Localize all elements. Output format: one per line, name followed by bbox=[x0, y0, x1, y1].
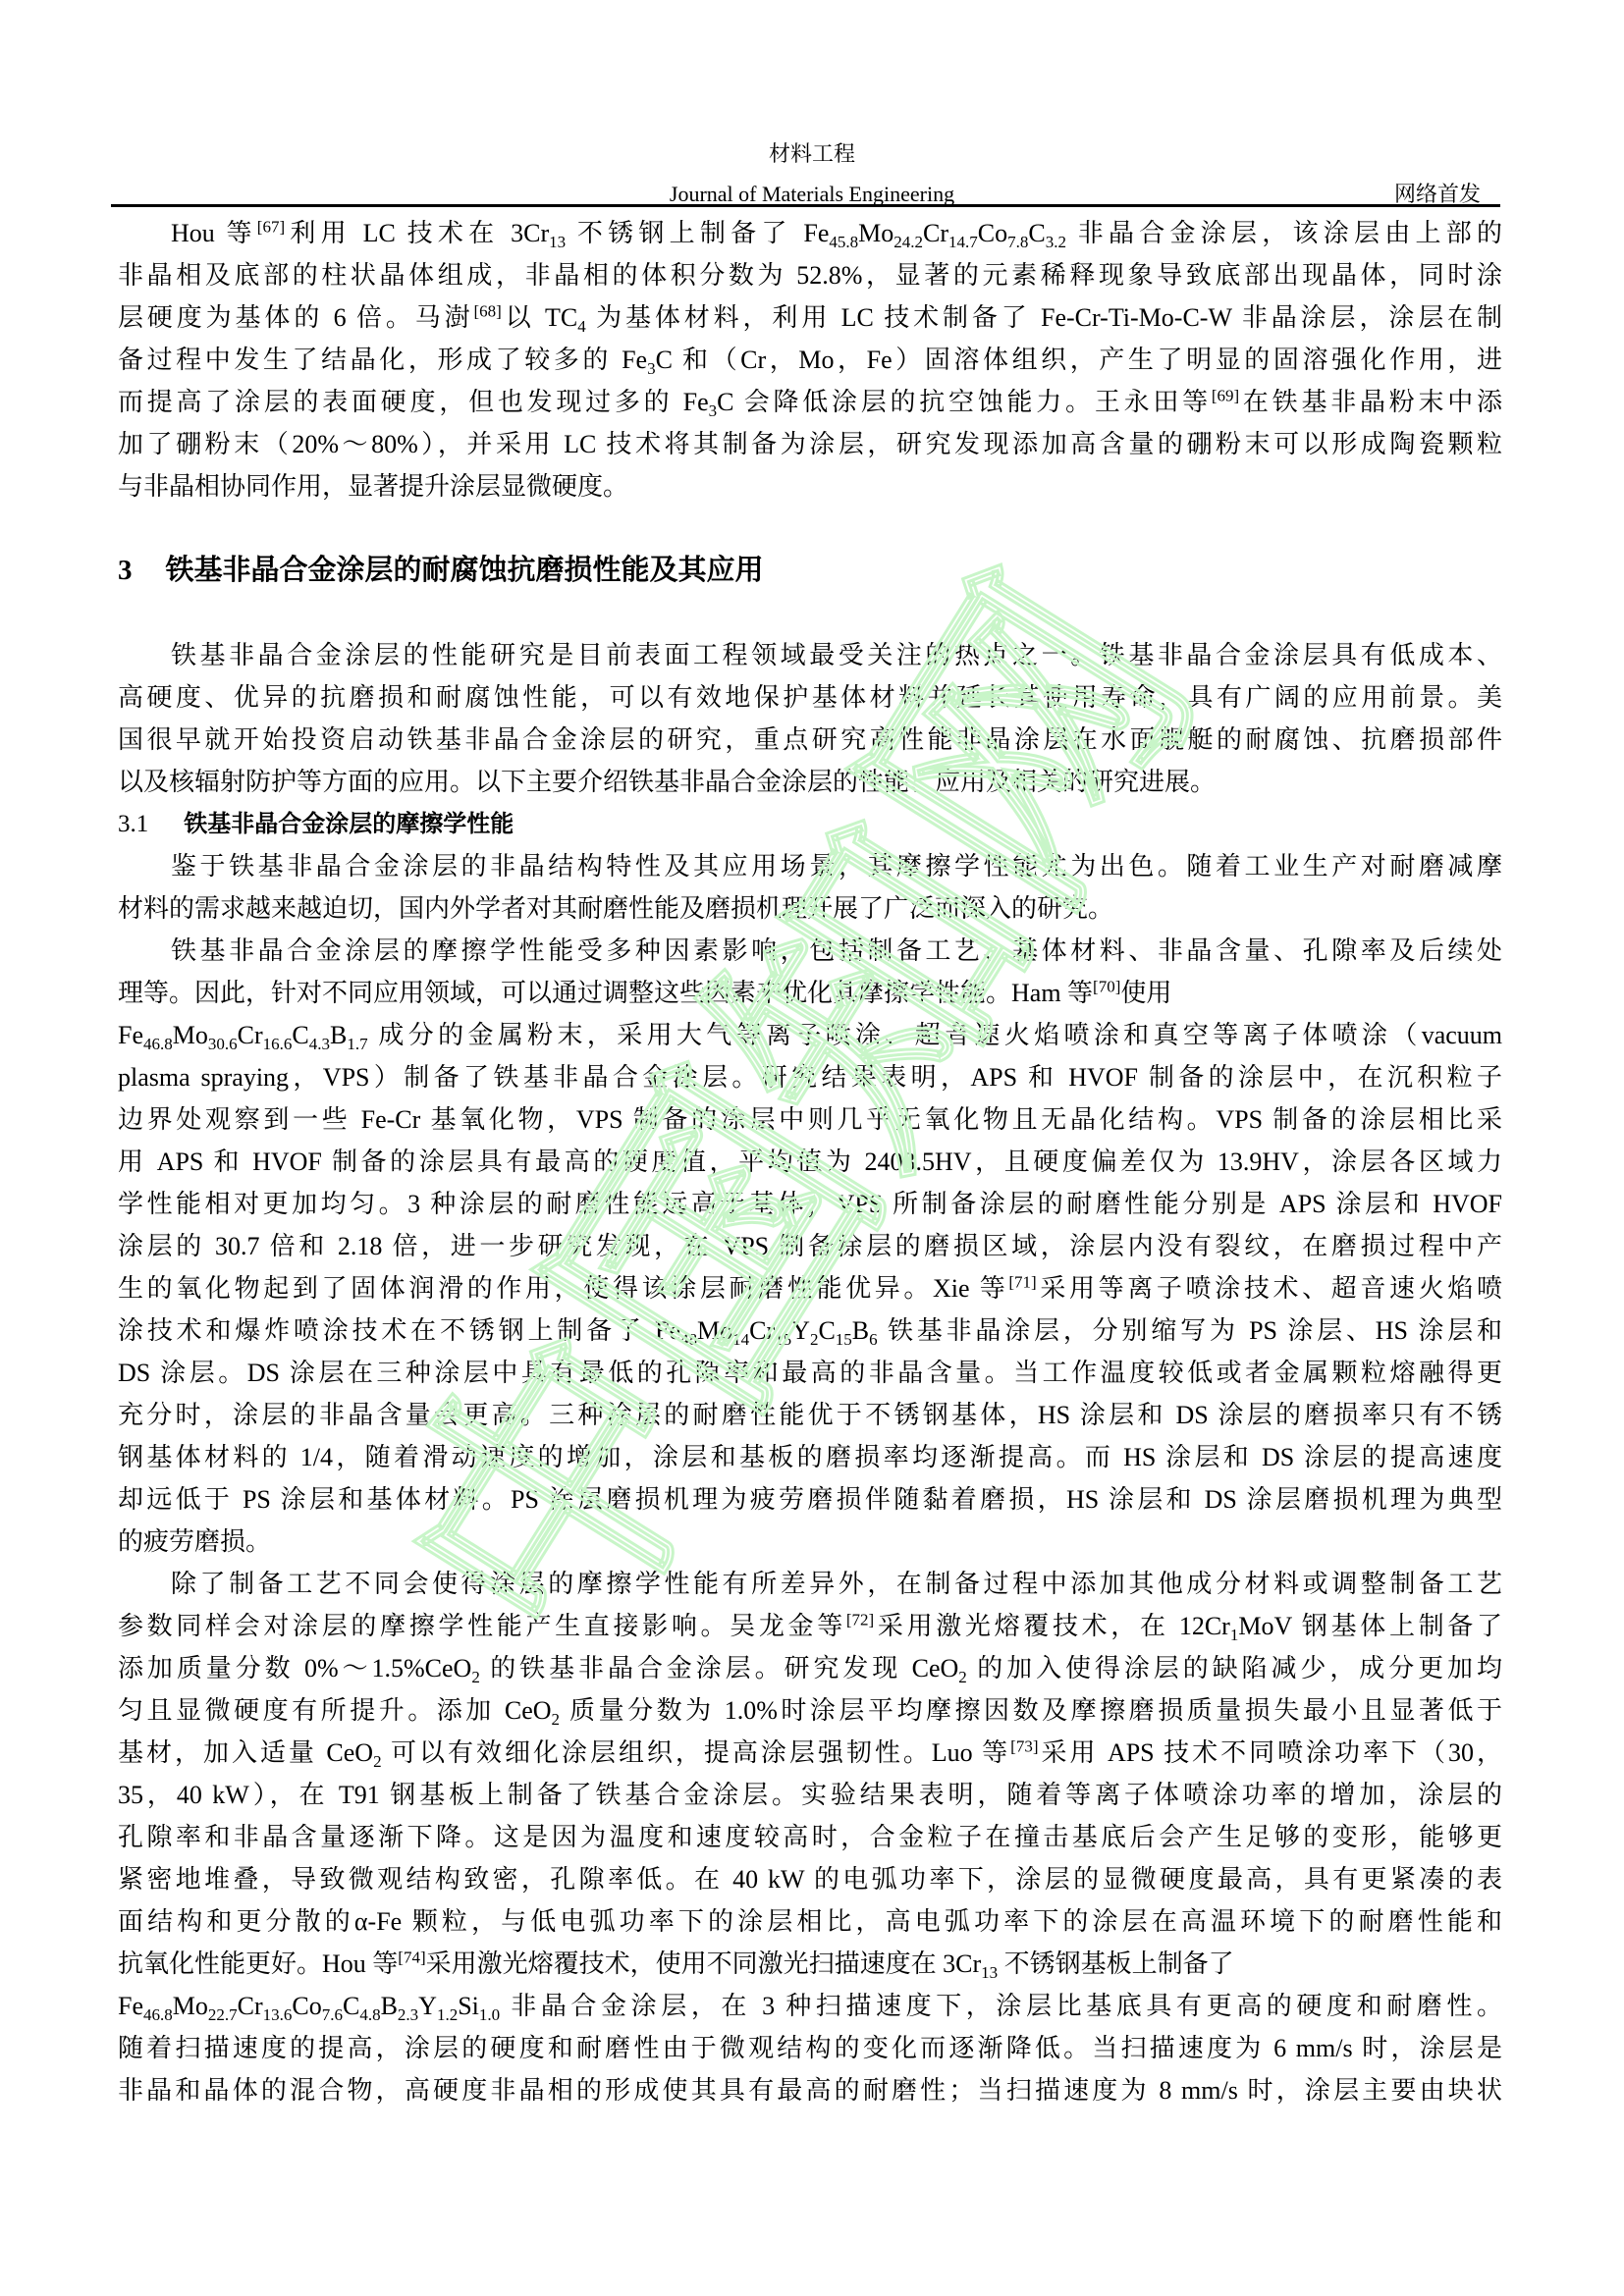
text-line: 孔隙率和非晶含量逐渐下降。这是因为温度和速度较高时，合金粒子在撞击基底后会产生足… bbox=[118, 1816, 1502, 1858]
text-line: 高硬度、优异的抗磨损和耐腐蚀性能，可以有效地保护基体材料并延长其使用寿命，具有广… bbox=[118, 676, 1502, 719]
text-line: 非晶相及底部的柱状晶体组成，非晶相的体积分数为 52.8%，显著的元素稀释现象导… bbox=[118, 254, 1502, 296]
text-line: 学性能相对更加均匀。3 种涂层的耐磨性能远高于基体，VPS 所制备涂层的耐磨性能… bbox=[118, 1183, 1502, 1225]
text-line: 生的氧化物起到了固体润滑的作用，使得该涂层耐磨性能优异。Xie 等[71]采用等… bbox=[118, 1267, 1502, 1309]
text-line: 理等。因此，针对不同应用领域，可以通过调整这些因素来优化其摩擦学性能。Ham 等… bbox=[118, 972, 1502, 1014]
text-line: 边界处观察到一些 Fe-Cr 基氧化物，VPS 制备的涂层中则几乎无氧化物且无晶… bbox=[118, 1098, 1502, 1141]
subsection-heading-3-1: 3.1铁基非晶合金涂层的摩擦学性能 bbox=[118, 803, 514, 845]
text-line: 面结构和更分散的α-Fe 颗粒，与低电弧功率下的涂层相比，高电弧功率下的涂层在高… bbox=[118, 1900, 1502, 1943]
text-line: 铁基非晶合金涂层的性能研究是目前表面工程领域最受关注的热点之一。铁基非晶合金涂层… bbox=[118, 634, 1502, 676]
text-line: 而提高了涂层的表面硬度，但也发现过多的 Fe3C 会降低涂层的抗空蚀能力。王永田… bbox=[118, 381, 1502, 423]
text-line: 用 APS 和 HVOF 制备的涂层具有最高的硬度值，平均值为 2403.5HV… bbox=[118, 1141, 1502, 1183]
text-line: 备过程中发生了结晶化，形成了较多的 Fe3C 和（Cr，Mo，Fe）固溶体组织，… bbox=[118, 339, 1502, 381]
text-line: 的疲劳磨损。 bbox=[118, 1521, 1502, 1563]
text-line: Fe46.8Mo22.7Cr13.6Co7.6C4.8B2.3Y1.2Si1.0… bbox=[118, 1985, 1502, 2027]
text-line: 匀且显微硬度有所提升。添加 CeO2 质量分数为 1.0%时涂层平均摩擦因数及摩… bbox=[118, 1689, 1502, 1732]
text-line: 国很早就开始投资启动铁基非晶合金涂层的研究，重点研究高性能非晶涂层在水面舰艇的耐… bbox=[118, 719, 1502, 761]
text-line: 抗氧化性能更好。Hou 等[74]采用激光熔覆技术，使用不同激光扫描速度在 3C… bbox=[118, 1943, 1502, 1985]
text-line: DS 涂层。DS 涂层在三种涂层中具有最低的孔隙率和最高的非晶含量。当工作温度较… bbox=[118, 1352, 1502, 1394]
text-line: 钢基体材料的 1/4，随着滑动速度的增加，涂层和基板的磨损率均逐渐提高。而 HS… bbox=[118, 1436, 1502, 1478]
text-line: 35，40 kW），在 T91 钢基板上制备了铁基合金涂层。实验结果表明，随着等… bbox=[118, 1774, 1502, 1816]
text-line: 鉴于铁基非晶合金涂层的非晶结构特性及其应用场景，其摩擦学性能尤为出色。随着工业生… bbox=[118, 845, 1502, 887]
text-line: 却远低于 PS 涂层和基体材料。PS 涂层磨损机理为疲劳磨损伴随黏着磨损，HS … bbox=[118, 1478, 1502, 1521]
text-line: 基材，加入适量 CeO2 可以有效细化涂层组织，提高涂层强韧性。Luo 等[73… bbox=[118, 1732, 1502, 1774]
text-line: 层硬度为基体的 6 倍。马澍[68]以 TC4 为基体材料，利用 LC 技术制备… bbox=[118, 296, 1502, 339]
text-line: 参数同样会对涂层的摩擦学性能产生直接影响。吴龙金等[72]采用激光熔覆技术，在 … bbox=[118, 1605, 1502, 1647]
text-line: Hou 等[67]利用 LC 技术在 3Cr13 不锈钢上制备了 Fe45.8M… bbox=[118, 212, 1502, 254]
text-line: plasma spraying，VPS）制备了铁基非晶合金涂层。研究结果表明，A… bbox=[118, 1056, 1502, 1098]
text-line: 充分时，涂层的非晶含量会更高。三种涂层的耐磨性能优于不锈钢基体，HS 涂层和 D… bbox=[118, 1394, 1502, 1436]
text-line: 除了制备工艺不同会使得涂层的摩擦学性能有所差异外，在制备过程中添加其他成分材料或… bbox=[118, 1563, 1502, 1605]
section-title: 铁基非晶合金涂层的耐腐蚀抗磨损性能及其应用 bbox=[166, 553, 764, 586]
journal-title-cn: 材料工程 bbox=[0, 139, 1624, 169]
section-number: 3 bbox=[118, 555, 133, 586]
text-line: 添加质量分数 0%～1.5%CeO2 的铁基非晶合金涂层。研究发现 CeO2 的… bbox=[118, 1647, 1502, 1689]
text-line: 涂技术和爆炸喷涂技术在不锈钢上制备了 Fe48Mo14Cr15Y2C15B6 铁… bbox=[118, 1309, 1502, 1352]
text-line: 涂层的 30.7 倍和 2.18 倍，进一步研究发现，在 VPS 制备涂层的磨损… bbox=[118, 1225, 1502, 1267]
text-line: 材料的需求越来越迫切，国内外学者对其耐磨性能及磨损机理开展了广泛而深入的研究。 bbox=[118, 887, 1502, 930]
text-line: 铁基非晶合金涂层的摩擦学性能受多种因素影响，包括制备工艺、基体材料、非晶含量、孔… bbox=[118, 930, 1502, 972]
text-line: 以及核辐射防护等方面的应用。以下主要介绍铁基非晶合金涂层的性能、应用及相关的研究… bbox=[118, 761, 1502, 803]
text-line: 与非晶相协同作用，显著提升涂层显微硬度。 bbox=[118, 465, 1502, 507]
text-line: 紧密地堆叠，导致微观结构致密，孔隙率低。在 40 kW 的电弧功率下，涂层的显微… bbox=[118, 1858, 1502, 1900]
subsection-title: 铁基非晶合金涂层的摩擦学性能 bbox=[184, 810, 514, 837]
header-rule bbox=[111, 204, 1500, 207]
section-heading-3: 3铁基非晶合金涂层的耐腐蚀抗磨损性能及其应用 bbox=[118, 549, 764, 592]
subsection-number: 3.1 bbox=[118, 811, 148, 837]
text-line: 非晶和晶体的混合物，高硬度非晶相的形成使其具有最高的耐磨性；当扫描速度为 8 m… bbox=[118, 2069, 1502, 2111]
text-line: 随着扫描速度的提高，涂层的硬度和耐磨性由于微观结构的变化而逐渐降低。当扫描速度为… bbox=[118, 2027, 1502, 2069]
text-line: 加了硼粉末（20%～80%），并采用 LC 技术将其制备为涂层，研究发现添加高含… bbox=[118, 423, 1502, 465]
text-line: Fe46.8Mo30.6Cr16.6C4.3B1.7 成分的金属粉末，采用大气等… bbox=[118, 1014, 1502, 1056]
